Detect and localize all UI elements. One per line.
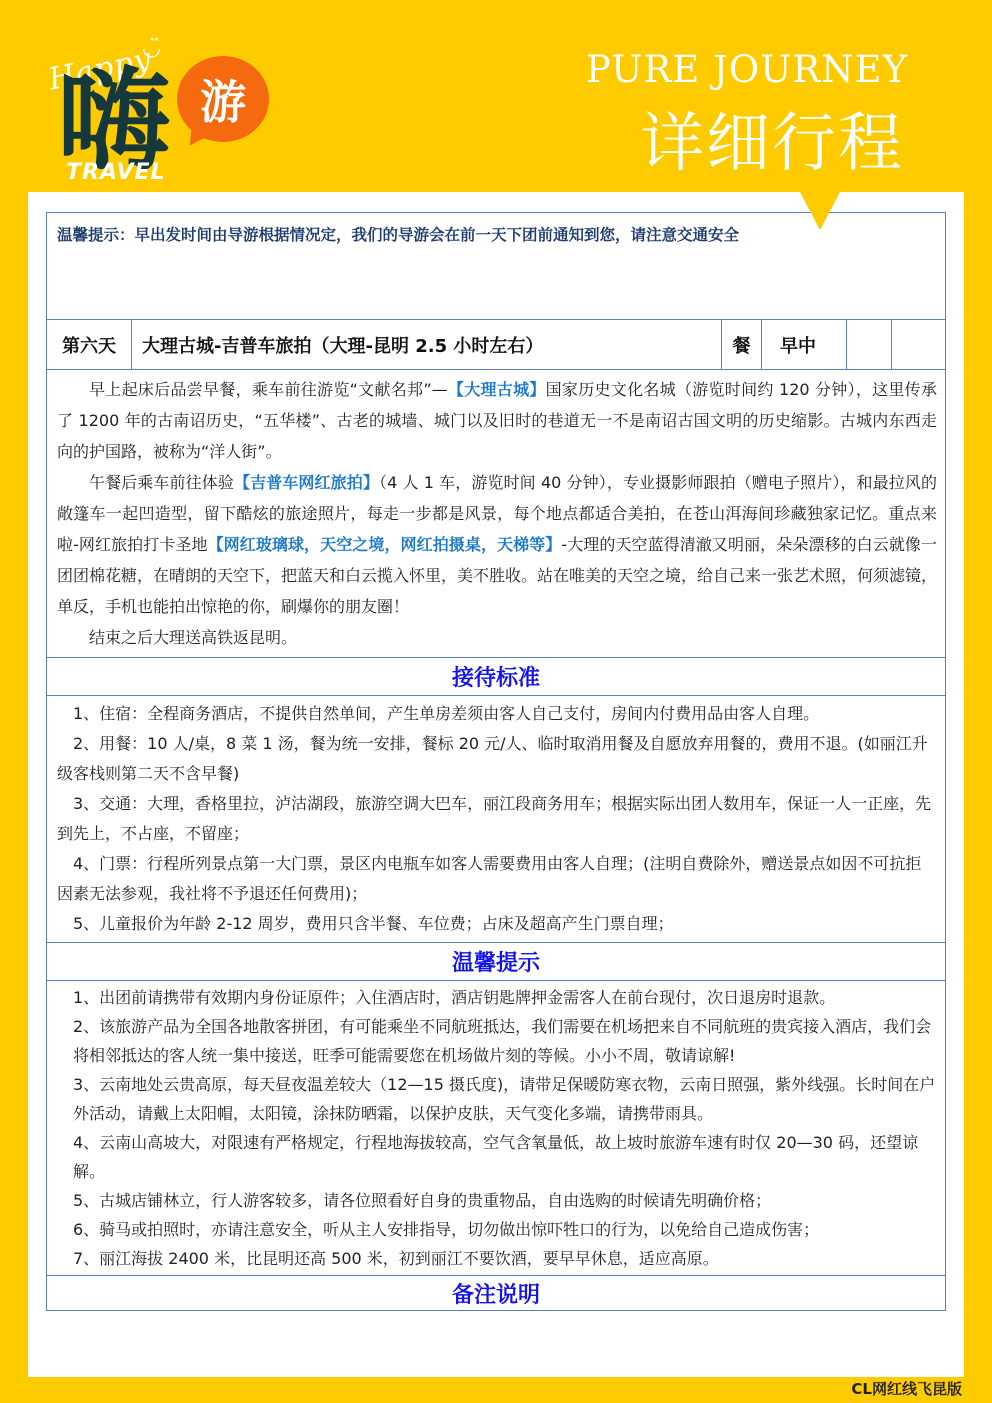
highlight-jeep-photo: 【吉普车网红旅拍】: [234, 473, 379, 492]
notice-text: 温馨提示：早出发时间由导游根据情况定，我们的导游会在前一天下团前通知到您，请注意…: [57, 226, 739, 244]
text-span: 午餐后乘车前往体验: [89, 473, 234, 492]
paragraph-2: 午餐后乘车前往体验【吉普车网红旅拍】（4 人 1 车，游览时间 40 分钟），专…: [57, 467, 937, 622]
list-item: 4、云南山高坡大，对限速有严格规定，行程地海拔较高，空气含氧量低，故上坡时旅游车…: [73, 1128, 937, 1186]
english-title: PURE JOURNEY: [586, 48, 908, 91]
day-route: 大理古城-吉普车旅拍（大理-昆明 2.5 小时左右）: [132, 320, 722, 369]
meals-value: 早中: [762, 320, 847, 369]
list-item: 2、用餐：10 人/桌，8 菜 1 汤，餐为统一安排，餐标 20 元/人、临时取…: [57, 729, 937, 789]
text-span: 早上起床后品尝早餐，乘车前往游览“文献名邦”—: [89, 380, 448, 399]
tips-list: 1、出团前请携带有效期内身份证原件；入住酒店时，酒店钥匙牌押金需客人在前台现付，…: [47, 981, 945, 1276]
logo-travel-text: TRAVEL: [66, 160, 166, 185]
empty-cell: [892, 320, 945, 369]
itinerary-description: 早上起床后品尝早餐，乘车前往游览“文献名邦”—【大理古城】国家历史文化名城（游览…: [47, 370, 945, 658]
standards-list: 1、住宿：全程商务酒店，不提供自然单间，产生单房差须由客人自己支付，房间内付费用…: [47, 696, 945, 943]
speech-bubble-icon: 游: [177, 56, 269, 142]
paragraph-1: 早上起床后品尝早餐，乘车前往游览“文献名邦”—【大理古城】国家历史文化名城（游览…: [57, 374, 937, 467]
pointer-triangle-icon: [800, 192, 840, 230]
list-item: 3、交通：大理，香格里拉，泸沽湖段，旅游空调大巴车，丽江段商务用车；根据实际出团…: [57, 789, 937, 849]
meal-label: 餐: [722, 320, 762, 369]
day-header-row: 第六天 大理古城-吉普车旅拍（大理-昆明 2.5 小时左右） 餐 早中: [47, 320, 945, 370]
section-title-tips: 温馨提示: [47, 943, 945, 981]
day-label: 第六天: [47, 320, 132, 369]
empty-cell: [847, 320, 892, 369]
list-item: 5、古城店铺林立，行人游客较多，请各位照看好自身的贵重物品，自由选购的时候请先明…: [73, 1186, 937, 1215]
list-item: 5、儿童报价为年龄 2-12 周岁，费用只含半餐、车位费；占床及超高产生门票自理…: [57, 909, 937, 939]
highlight-photo-spots: 【网红玻璃球，天空之境，网红拍摄桌，天梯等】: [208, 535, 562, 554]
highlight-dali-old-town: 【大理古城】: [448, 380, 546, 399]
list-item: 7、丽江海拔 2400 米，比昆明还高 500 米，初到丽江不要饮酒，要早早休息…: [73, 1244, 937, 1273]
list-item: 3、云南地处云贵高原，每天昼夜温差较大（12—15 摄氏度)，请带足保暖防寒衣物…: [73, 1070, 937, 1128]
section-title-remarks: 备注说明: [47, 1276, 945, 1310]
brand-logo: Happy ◡̈ 嗨 游 TRAVEL: [40, 30, 280, 190]
itinerary-table: 温馨提示：早出发时间由导游根据情况定，我们的导游会在前一天下团前通知到您，请注意…: [46, 212, 946, 1311]
logo-you-glyph: 游: [200, 66, 246, 132]
footer-version-label: CL网红线飞昆版: [851, 1378, 962, 1399]
list-item: 2、该旅游产品为全国各地散客拼团，有可能乘坐不同航班抵达，我们需要在机场把来自不…: [73, 1012, 937, 1070]
list-item: 4、门票：行程所列景点第一大门票，景区内电瓶车如客人需要费用由客人自理；(注明自…: [57, 849, 937, 909]
section-title-standards: 接待标准: [47, 658, 945, 696]
page-title: 详细行程: [640, 92, 904, 184]
list-item: 1、住宿：全程商务酒店，不提供自然单间，产生单房差须由客人自己支付，房间内付费用…: [57, 699, 937, 729]
list-item: 1、出团前请携带有效期内身份证原件；入住酒店时，酒店钥匙牌押金需客人在前台现付，…: [73, 983, 937, 1012]
list-item: 6、骑马或拍照时，亦请注意安全，听从主人安排指导，切勿做出惊吓牲口的行为，以免给…: [73, 1215, 937, 1244]
paragraph-3: 结束之后大理送高铁返昆明。: [57, 622, 937, 653]
